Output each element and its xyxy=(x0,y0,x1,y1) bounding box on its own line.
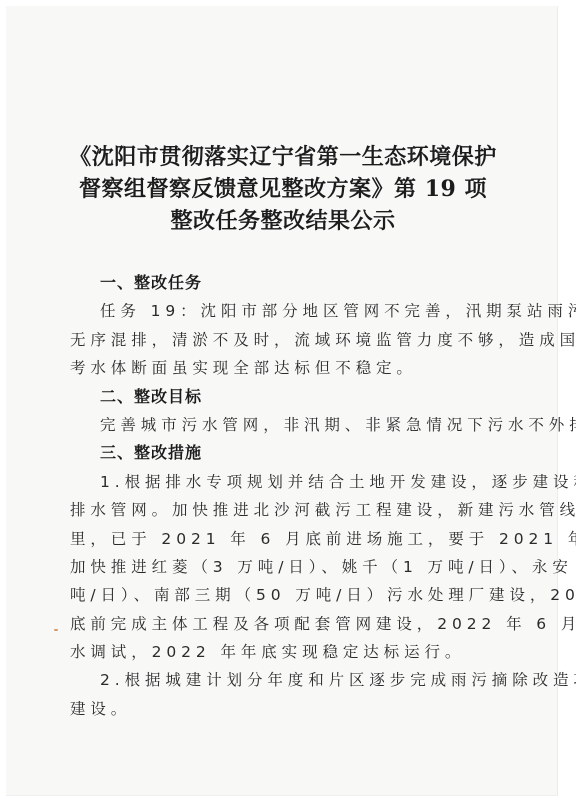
measure-line: 加快推进红菱（3 万吨/日）、姚千（1 万吨/日）、永安（3 万 xyxy=(70,553,490,581)
measure-line: 吨/日）、南部三期（50 万吨/日）污水处理厂建设，2021 年年 xyxy=(70,581,490,609)
title-line-3: 整改任务整改结果公示 xyxy=(0,205,566,237)
title-line-1: 《沈阳市贯彻落实辽宁省第一生态环境保护 xyxy=(0,141,566,173)
title-line-2: 督察组督察反馈意见整改方案》第 19 项 xyxy=(0,173,566,205)
task-line: 无序混排，清淤不及时，流域环境监管力度不够，造成国考、省 xyxy=(70,326,490,354)
measure-line: 排水管网。加快推进北沙河截污工程建设，新建污水管线 21 公 xyxy=(70,496,490,524)
scan-speck xyxy=(54,629,58,631)
measure-line: 建设。 xyxy=(70,695,490,723)
measure-line: 里，已于 2021 年 6 月底前进场施工，要于 2021 年年底前投运。 xyxy=(70,525,490,553)
section-heading-task: 一、整改任务 xyxy=(70,269,490,297)
section-heading-goal: 二、整改目标 xyxy=(70,383,490,411)
goal-line: 完善城市污水管网，非汛期、非紧急情况下污水不外排。 xyxy=(70,411,490,439)
task-line: 考水体断面虽实现全部达标但不稳定。 xyxy=(70,354,490,382)
measure-line: 1.根据排水专项规划并结合土地开发建设，逐步建设和完善 xyxy=(70,468,490,496)
measure-line: 水调试，2022 年年底实现稳定达标运行。 xyxy=(70,638,490,666)
task-line: 任务 19：沈阳市部分地区管网不完善，汛期泵站雨污合流 xyxy=(70,297,490,325)
document-body: 一、整改任务 任务 19：沈阳市部分地区管网不完善，汛期泵站雨污合流 无序混排，… xyxy=(70,269,490,723)
measure-line: 2.根据城建计划分年度和片区逐步完成雨污摘除改造项目 xyxy=(70,666,490,694)
measure-line: 底前完成主体工程及各项配套管网建设，2022 年 6 月底实现通 xyxy=(70,610,490,638)
document-title: 《沈阳市贯彻落实辽宁省第一生态环境保护 督察组督察反馈意见整改方案》第 19 项… xyxy=(0,141,566,237)
section-heading-measures: 三、整改措施 xyxy=(70,439,490,467)
